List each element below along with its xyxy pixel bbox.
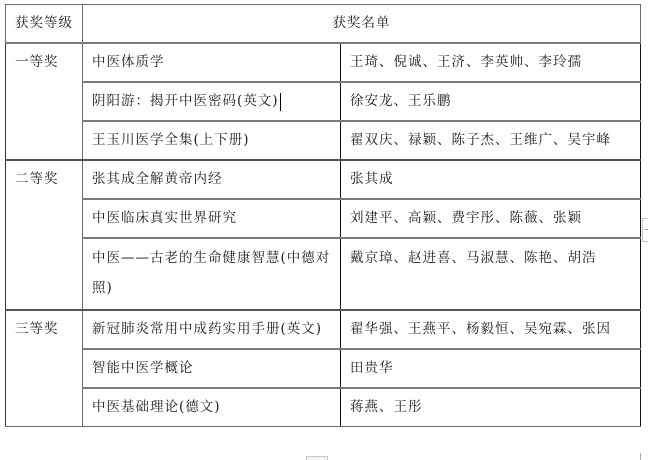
winner-names-cell[interactable]: 徐安龙、王乐鹏 <box>341 82 641 121</box>
add-column-plus-icon[interactable]: + <box>642 218 648 242</box>
book-title-cell[interactable]: 中医——古老的生命健康智慧(中德对照) <box>83 238 341 310</box>
winner-names-cell[interactable]: 田贵华 <box>341 349 641 388</box>
add-row-handle[interactable] <box>306 456 328 460</box>
table-row: 智能中医学概论 田贵华 <box>6 349 641 388</box>
header-award-level[interactable]: 获奖等级 <box>6 5 83 44</box>
award-level-second[interactable]: 二等奖 <box>6 160 83 310</box>
table-row: 二等奖 张其成全解黄帝内经 张其成 <box>6 160 641 199</box>
award-level-first[interactable]: 一等奖 <box>6 43 83 160</box>
winner-names-cell[interactable]: 翟双庆、禄颖、陈子杰、王维广、吴宇峰 <box>341 121 641 160</box>
book-title-cell[interactable]: 王玉川医学全集(上下册) <box>83 121 341 160</box>
table-row: 中医基础理论(德文) 蒋燕、王彤 <box>6 388 641 427</box>
winner-names-cell[interactable]: 张其成 <box>341 160 641 199</box>
table-row: 一等奖 中医体质学 王琦、倪诚、王济、李英帅、李玲孺 <box>6 43 641 82</box>
document-page: 获奖等级 获奖名单 一等奖 中医体质学 王琦、倪诚、王济、李英帅、李玲孺 阴阳游… <box>0 0 648 460</box>
winner-names-cell[interactable]: 刘建平、高颖、费宇彤、陈薇、张颖 <box>341 199 641 238</box>
book-title-cell[interactable]: 中医临床真实世界研究 <box>83 199 341 238</box>
book-title-cell[interactable]: 阴阳游：揭开中医密码(英文) <box>83 82 341 121</box>
book-title-cell[interactable]: 中医基础理论(德文) <box>83 388 341 427</box>
winner-names-cell[interactable]: 王琦、倪诚、王济、李英帅、李玲孺 <box>341 43 641 82</box>
book-title-cell[interactable]: 智能中医学概论 <box>83 349 341 388</box>
header-award-list[interactable]: 获奖名单 <box>83 5 641 44</box>
book-title-cell[interactable]: 张其成全解黄帝内经 <box>83 160 341 199</box>
book-title-text: 阴阳游：揭开中医密码(英文) <box>92 93 279 109</box>
table-row: 中医——古老的生命健康智慧(中德对照) 戴京璋、赵进喜、马淑慧、陈艳、胡浩 <box>6 238 641 310</box>
book-title-cell[interactable]: 新冠肺炎常用中成药实用手册(英文) <box>83 310 341 349</box>
table-row: 王玉川医学全集(上下册) 翟双庆、禄颖、陈子杰、王维广、吴宇峰 <box>6 121 641 160</box>
text-cursor <box>280 93 281 111</box>
table-row: 阴阳游：揭开中医密码(英文) 徐安龙、王乐鹏 <box>6 82 641 121</box>
award-table: 获奖等级 获奖名单 一等奖 中医体质学 王琦、倪诚、王济、李英帅、李玲孺 阴阳游… <box>5 4 641 427</box>
winner-names-cell[interactable]: 蒋燕、王彤 <box>341 388 641 427</box>
award-level-third[interactable]: 三等奖 <box>6 310 83 427</box>
table-row: 中医临床真实世界研究 刘建平、高颖、费宇彤、陈薇、张颖 <box>6 199 641 238</box>
table-row: 三等奖 新冠肺炎常用中成药实用手册(英文) 翟华强、王燕平、杨毅恒、吴宛霖、张因 <box>6 310 641 349</box>
table-header-row: 获奖等级 获奖名单 <box>6 5 641 44</box>
winner-names-cell[interactable]: 戴京璋、赵进喜、马淑慧、陈艳、胡浩 <box>341 238 641 310</box>
table-resize-handle[interactable] <box>640 453 647 460</box>
winner-names-cell[interactable]: 翟华强、王燕平、杨毅恒、吴宛霖、张因 <box>341 310 641 349</box>
book-title-cell[interactable]: 中医体质学 <box>83 43 341 82</box>
